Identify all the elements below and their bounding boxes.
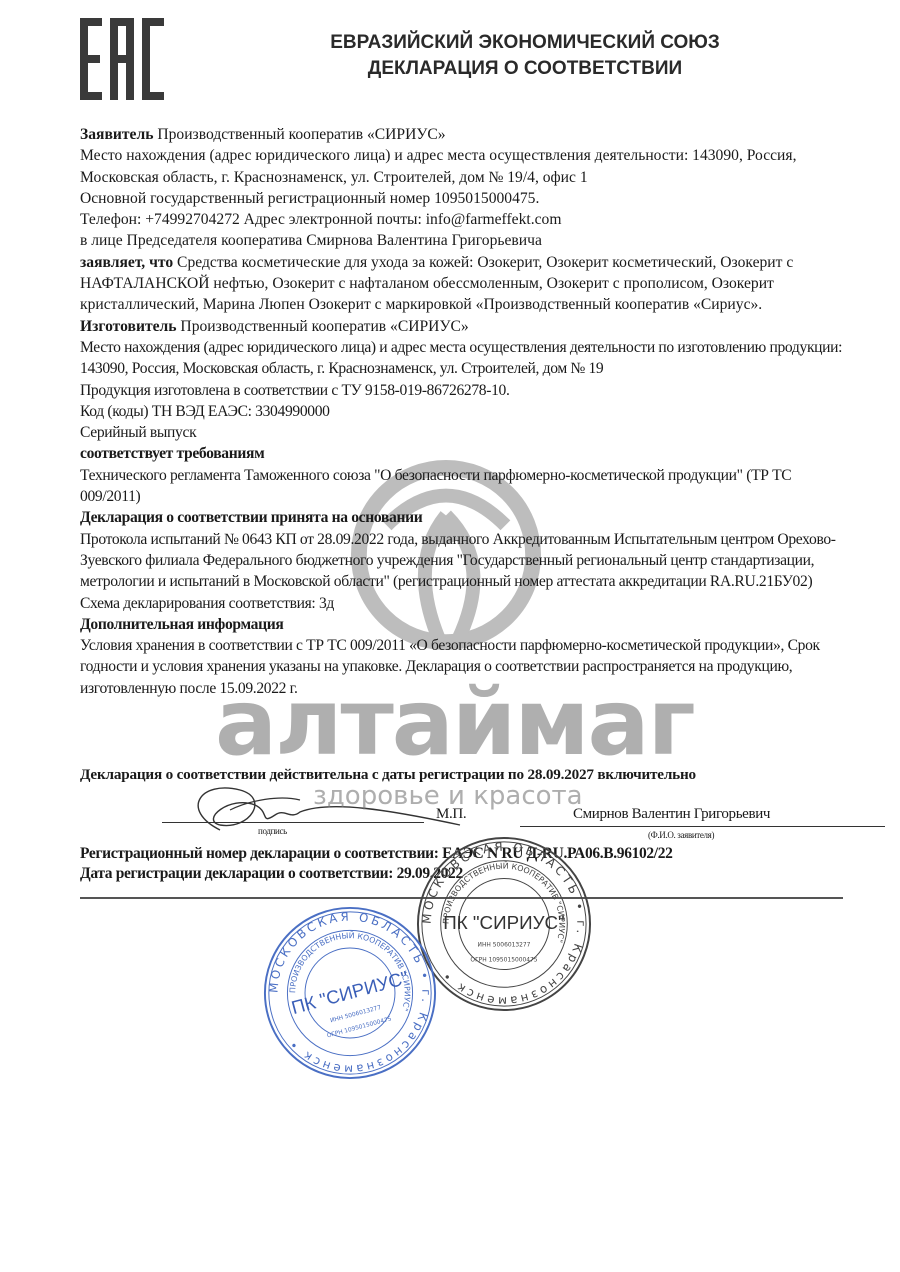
declaration-body: Заявитель Производственный кооператив «С… [80,124,850,699]
regulation-text: Технического регламента Таможенного союз… [80,465,850,508]
applicant-contacts: Телефон: +74992704272 Адрес электронной … [80,209,850,230]
product-list: Средства косметические для ухода за коже… [80,254,793,314]
basis-label: Декларация о соответствии принята на осн… [80,509,422,526]
declares-label: заявляет, что [80,254,173,271]
signature-label: подпись [258,826,287,836]
applicant-label: Заявитель [80,126,153,143]
union-title: ЕВРАЗИЙСКИЙ ЭКОНОМИЧЕСКИЙ СОЮЗ [260,30,790,56]
name-line [520,826,885,827]
basis-text: Протокола испытаний № 0643 КП от 28.09.2… [80,529,850,593]
applicant-ogrn: Основной государственный регистрационный… [80,188,850,209]
complies-label: соответствует требованиям [80,445,264,462]
company-stamp-blue: МОСКОВСКАЯ ОБЛАСТЬ • г. Краснознаменск •… [262,905,438,1081]
watermark-brand: алтаймаг [215,677,694,769]
applicant-name: Производственный кооператив «СИРИУС» [153,126,445,143]
signature-line [162,822,424,823]
scheme: Схема декларирования соответствия: 3д [80,593,850,614]
declares-line: заявляет, что Средства косметические для… [80,252,850,316]
document-header: ЕВРАЗИЙСКИЙ ЭКОНОМИЧЕСКИЙ СОЮЗ ДЕКЛАРАЦИ… [260,30,790,82]
svg-text:ОГРН 1095015000475: ОГРН 1095015000475 [470,957,537,964]
registration-date: Дата регистрации декларации о соответств… [80,865,463,883]
tu-reference: Продукция изготовлена в соответствии с Т… [80,380,850,401]
additional-label: Дополнительная информация [80,616,283,633]
declaration-title: ДЕКЛАРАЦИЯ О СООТВЕТСТВИИ [260,56,790,82]
manufacturer-line: Изготовитель Производственный кооператив… [80,316,850,337]
eac-logo [80,18,164,100]
signatory-name-label: (Ф.И.О. заявителя) [648,830,714,840]
svg-text:ИНН 5006013277: ИНН 5006013277 [478,942,531,949]
svg-text:ПК "СИРИУС": ПК "СИРИУС" [289,967,411,1018]
applicant-representative: в лице Председателя кооператива Смирнова… [80,230,850,251]
manufacturer-name: Производственный кооператив «СИРИУС» [177,318,469,335]
svg-text:ПК "СИРИУС": ПК "СИРИУС" [443,912,564,933]
production-type: Серийный выпуск [80,422,850,443]
signatory-name: Смирнов Валентин Григорьевич [573,806,770,823]
applicant-line: Заявитель Производственный кооператив «С… [80,124,850,145]
manufacturer-label: Изготовитель [80,318,177,335]
seal-place-label: М.П. [436,806,466,823]
applicant-address: Место нахождения (адрес юридического лиц… [80,145,850,188]
company-stamp-black: МОСКОВСКАЯ ОБЛАСТЬ • г. Краснознаменск •… [415,835,593,1013]
hs-code: Код (коды) ТН ВЭД ЕАЭС: 3304990000 [80,401,850,422]
manufacturer-address: Место нахождения (адрес юридического лиц… [80,337,850,380]
